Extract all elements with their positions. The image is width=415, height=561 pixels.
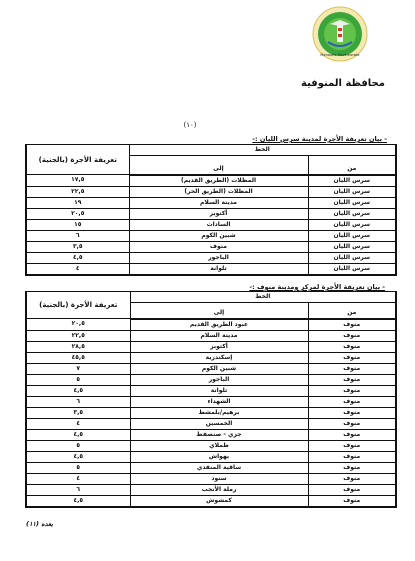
table-row: منوفبهواش٤,٥ bbox=[26, 451, 396, 462]
to-cell: المظلات (الطريق الحر) bbox=[129, 186, 308, 197]
fare-cell: ٤,٥ bbox=[26, 252, 129, 263]
to-cell: تلوانة bbox=[129, 263, 308, 275]
to-cell: برهيم/بلمشط bbox=[130, 407, 308, 418]
fare-cell: ٦ bbox=[26, 230, 129, 241]
from-cell: منوف bbox=[308, 495, 396, 507]
fare-cell: ١٧,٥ bbox=[26, 175, 129, 187]
to-cell: أكتوبر bbox=[129, 208, 308, 219]
column-header-line: الخط bbox=[129, 145, 396, 156]
to-cell: جزي - صنصفط bbox=[130, 429, 308, 440]
table-row: منوفشبين الكوم٧ bbox=[26, 363, 396, 374]
table-row: سرس الليانشبين الكوم٦ bbox=[26, 230, 396, 241]
to-cell: مدينة السلام bbox=[129, 197, 308, 208]
to-cell: ساقية المنقدي bbox=[130, 462, 308, 473]
from-cell: منوف bbox=[308, 473, 396, 484]
to-cell: السادات bbox=[129, 219, 308, 230]
from-cell: سرس الليان bbox=[308, 186, 396, 197]
fare-cell: ٧ bbox=[26, 363, 130, 374]
to-cell: إسكندرية bbox=[130, 352, 308, 363]
to-cell: الخمسين bbox=[130, 418, 308, 429]
table-row: منوفالباجور٥ bbox=[26, 374, 396, 385]
to-cell: كمشوش bbox=[130, 495, 308, 507]
svg-text:Menoufia Governorate: Menoufia Governorate bbox=[320, 53, 359, 57]
from-cell: سرس الليان bbox=[308, 230, 396, 241]
to-cell: الباجور bbox=[130, 374, 308, 385]
to-cell: طملاي bbox=[130, 440, 308, 451]
to-cell: تلوانة bbox=[130, 385, 308, 396]
table-row: سرس الليانأكتوبر٢٠,٥ bbox=[26, 208, 396, 219]
column-header-from: من bbox=[308, 156, 396, 175]
from-cell: سرس الليان bbox=[308, 241, 396, 252]
from-cell: منوف bbox=[308, 341, 396, 352]
from-cell: منوف bbox=[308, 363, 396, 374]
continued-page-note: بعده (١١) bbox=[26, 520, 53, 528]
governorate-title: محافظة المنوفية bbox=[300, 78, 386, 89]
fare-cell: ٤ bbox=[26, 418, 130, 429]
from-cell: منوف bbox=[308, 319, 396, 331]
table-row: منوفبرهيم/بلمشط٣,٥ bbox=[26, 407, 396, 418]
table-row: منوفساقية المنقدي٥ bbox=[26, 462, 396, 473]
from-cell: سرس الليان bbox=[308, 263, 396, 275]
fare-cell: ٥ bbox=[26, 440, 130, 451]
fare-cell: ٣,٥ bbox=[26, 241, 129, 252]
from-cell: منوف bbox=[308, 374, 396, 385]
fare-cell: ٢٠,٥ bbox=[26, 319, 130, 331]
from-cell: سرس الليان bbox=[308, 208, 396, 219]
fare-cell: ٤,٥ bbox=[26, 451, 130, 462]
from-cell: سرس الليان bbox=[308, 219, 396, 230]
table-row: منوفطملاي٥ bbox=[26, 440, 396, 451]
table-row: سرس الليانمنوف٣,٥ bbox=[26, 241, 396, 252]
table-row: سرس الليانالمظلات (الطريق القديم)١٧,٥ bbox=[26, 175, 396, 187]
from-cell: منوف bbox=[308, 440, 396, 451]
fare-cell: ٤,٥ bbox=[26, 429, 130, 440]
table-row: منوفإسكندرية٤٥,٥ bbox=[26, 352, 396, 363]
fare-cell: ٣,٥ bbox=[26, 407, 130, 418]
column-header-line: الخط bbox=[130, 292, 396, 303]
fare-cell: ٢٠,٥ bbox=[26, 208, 129, 219]
table-row: منوفالخمسين٤ bbox=[26, 418, 396, 429]
to-cell: منوف bbox=[129, 241, 308, 252]
from-cell: منوف bbox=[308, 462, 396, 473]
column-header-fare: تعريفة الأجرة (بالجنية) bbox=[26, 145, 129, 175]
section-title-menouf: - بيان تعريفة الأجرة لمركز ومدينة منوف :… bbox=[249, 283, 385, 291]
to-cell: عبود الطريق القديم bbox=[130, 319, 308, 331]
table-row: منوفكمشوش٤,٥ bbox=[26, 495, 396, 507]
from-cell: سرس الليان bbox=[308, 175, 396, 187]
from-cell: منوف bbox=[308, 352, 396, 363]
fare-cell: ٢٢,٥ bbox=[26, 186, 129, 197]
to-cell: الباجور bbox=[129, 252, 308, 263]
to-cell: بهواش bbox=[130, 451, 308, 462]
column-header-to: إلى bbox=[129, 156, 308, 175]
table-row: منوفسنود٤ bbox=[26, 473, 396, 484]
table-row: منوفالشهداء٦ bbox=[26, 396, 396, 407]
fare-cell: ٦ bbox=[26, 396, 130, 407]
from-cell: منوف bbox=[308, 484, 396, 495]
fare-cell: ٤,٥ bbox=[26, 495, 130, 507]
fare-cell: ٤ bbox=[26, 473, 130, 484]
from-cell: منوف bbox=[308, 429, 396, 440]
fare-cell: ٥ bbox=[26, 374, 130, 385]
from-cell: منوف bbox=[308, 418, 396, 429]
fare-cell: ٤٥,٥ bbox=[26, 352, 130, 363]
to-cell: أكتوبر bbox=[130, 341, 308, 352]
table-row: سرس الليانالمظلات (الطريق الحر)٢٢,٥ bbox=[26, 186, 396, 197]
fare-table-menouf: الخط تعريفة الأجرة (بالجنية) من إلى منوف… bbox=[25, 291, 397, 508]
to-cell: مدينة السلام bbox=[130, 330, 308, 341]
to-cell: الشهداء bbox=[130, 396, 308, 407]
to-cell: سنود bbox=[130, 473, 308, 484]
column-header-fare: تعريفة الأجرة (بالجنية) bbox=[26, 292, 130, 319]
fare-cell: ١٩ bbox=[26, 197, 129, 208]
to-cell: شبين الكوم bbox=[130, 363, 308, 374]
from-cell: سرس الليان bbox=[308, 197, 396, 208]
table-row: سرس الليانمدينة السلام١٩ bbox=[26, 197, 396, 208]
to-cell: شبين الكوم bbox=[129, 230, 308, 241]
table-row: منوفجزي - صنصفط٤,٥ bbox=[26, 429, 396, 440]
fare-table-sirs-ellayan: الخط تعريفة الأجرة (بالجنية) من إلى سرس … bbox=[25, 144, 397, 276]
table-row: سرس الليانالسادات١٥ bbox=[26, 219, 396, 230]
table-row: سرس الليانالباجور٤,٥ bbox=[26, 252, 396, 263]
table-row: سرس الليانتلوانة٤ bbox=[26, 263, 396, 275]
page-number: (١٠) bbox=[160, 121, 220, 129]
fare-cell: ٦ bbox=[26, 484, 130, 495]
table-row: منوفتلوانة٤,٥ bbox=[26, 385, 396, 396]
from-cell: منوف bbox=[308, 407, 396, 418]
fare-cell: ٢٢,٥ bbox=[26, 330, 130, 341]
fare-cell: ١٥ bbox=[26, 219, 129, 230]
governorate-logo-icon: Menoufia Governorate bbox=[312, 6, 368, 62]
from-cell: سرس الليان bbox=[308, 252, 396, 263]
column-header-to: إلى bbox=[130, 303, 308, 319]
fare-cell: ٢٨,٥ bbox=[26, 341, 130, 352]
to-cell: رملة الأنجب bbox=[130, 484, 308, 495]
table-row: منوفرملة الأنجب٦ bbox=[26, 484, 396, 495]
from-cell: منوف bbox=[308, 330, 396, 341]
from-cell: منوف bbox=[308, 396, 396, 407]
from-cell: منوف bbox=[308, 385, 396, 396]
table-row: منوفأكتوبر٢٨,٥ bbox=[26, 341, 396, 352]
column-header-from: من bbox=[308, 303, 396, 319]
from-cell: منوف bbox=[308, 451, 396, 462]
fare-cell: ٤ bbox=[26, 263, 129, 275]
fare-cell: ٤,٥ bbox=[26, 385, 130, 396]
section-title-sirs-ellayan: - بيان تعريفة الأجرة لمدينة سرس الليان :… bbox=[252, 135, 387, 143]
to-cell: المظلات (الطريق القديم) bbox=[129, 175, 308, 187]
table-row: منوفمدينة السلام٢٢,٥ bbox=[26, 330, 396, 341]
fare-cell: ٥ bbox=[26, 462, 130, 473]
table-row: منوفعبود الطريق القديم٢٠,٥ bbox=[26, 319, 396, 331]
